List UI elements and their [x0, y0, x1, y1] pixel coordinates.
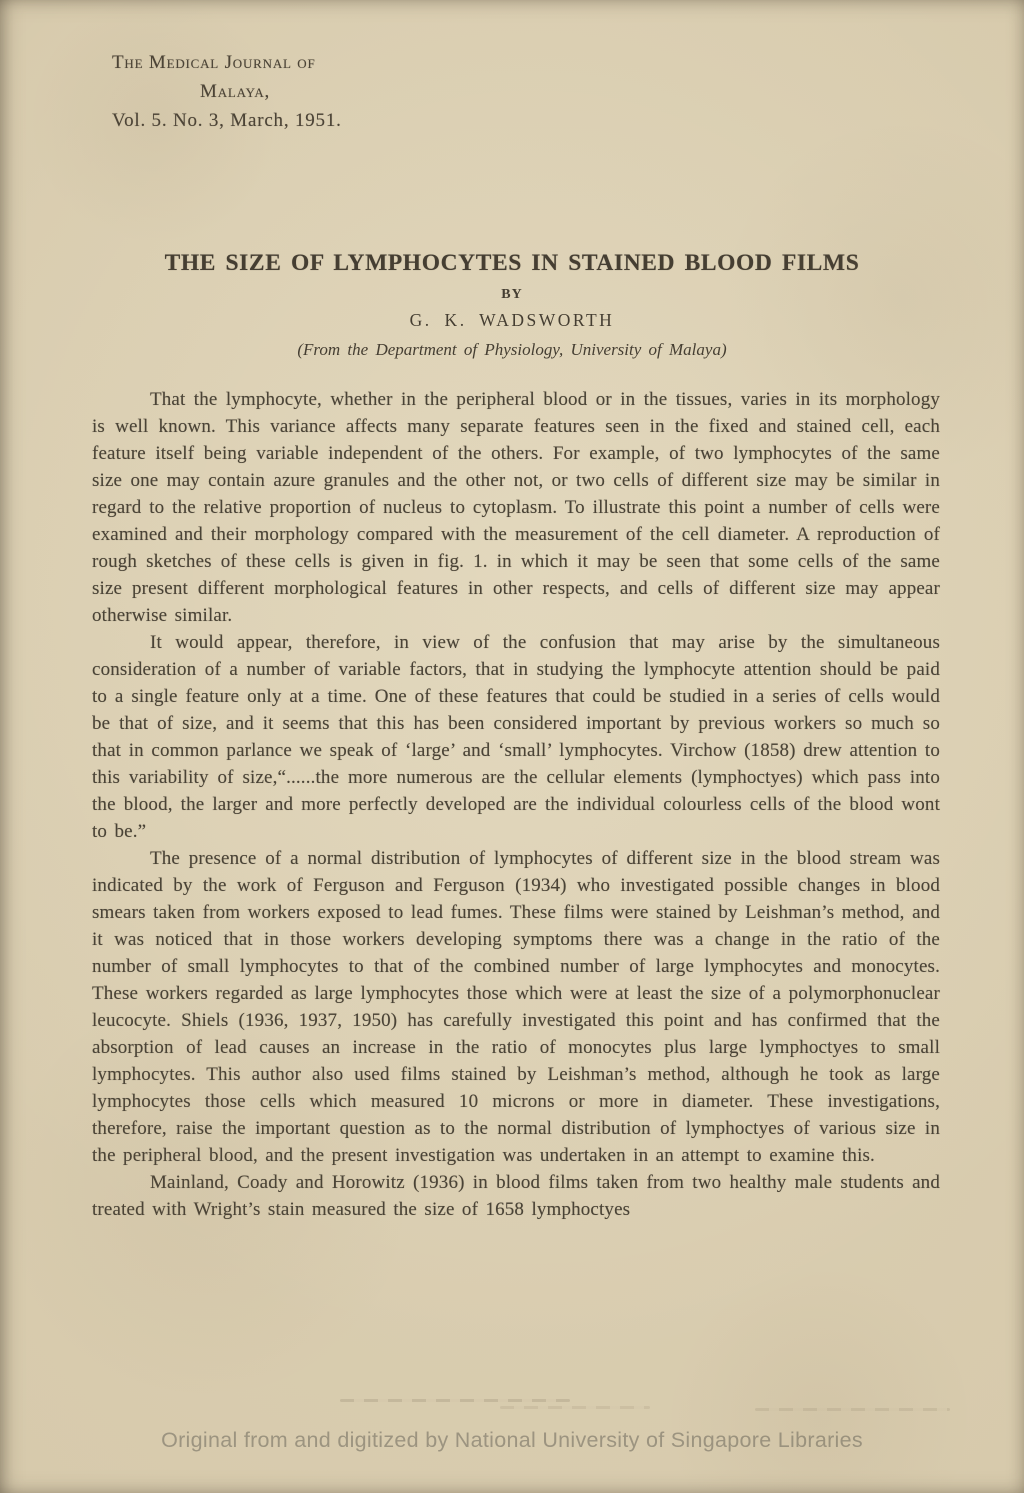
masthead: The Medical Journal of Malaya, Vol. 5. N… [112, 48, 342, 135]
volume-issue-date: Vol. 5. No. 3, March, 1951. [112, 106, 342, 135]
print-smudge-line [340, 1399, 570, 1402]
article-body: That the lymphocyte, whether in the peri… [92, 386, 940, 1223]
paragraph-3: The presence of a normal distribution of… [92, 845, 940, 1169]
paragraph-2: It would appear, therefore, in view of t… [92, 629, 940, 845]
journal-page: The Medical Journal of Malaya, Vol. 5. N… [0, 0, 1024, 1493]
print-smudge-line [755, 1408, 950, 1411]
paragraph-4: Mainland, Coady and Horowitz (1936) in b… [92, 1169, 940, 1223]
byline-label: BY [0, 287, 1024, 303]
paragraph-1: That the lymphocyte, whether in the peri… [92, 386, 940, 629]
article-title: THE SIZE OF LYMPHOCYTES IN STAINED BLOOD… [0, 250, 1024, 277]
article-header: THE SIZE OF LYMPHOCYTES IN STAINED BLOOD… [0, 250, 1024, 360]
author-affiliation: (From the Department of Physiology, Univ… [0, 340, 1024, 360]
digitization-watermark: Original from and digitized by National … [0, 1428, 1024, 1453]
author-name: G. K. WADSWORTH [0, 310, 1024, 331]
journal-name-line1: The Medical Journal of [112, 48, 342, 77]
journal-name-line2: Malaya, [112, 77, 342, 106]
print-smudge-line [500, 1406, 650, 1409]
